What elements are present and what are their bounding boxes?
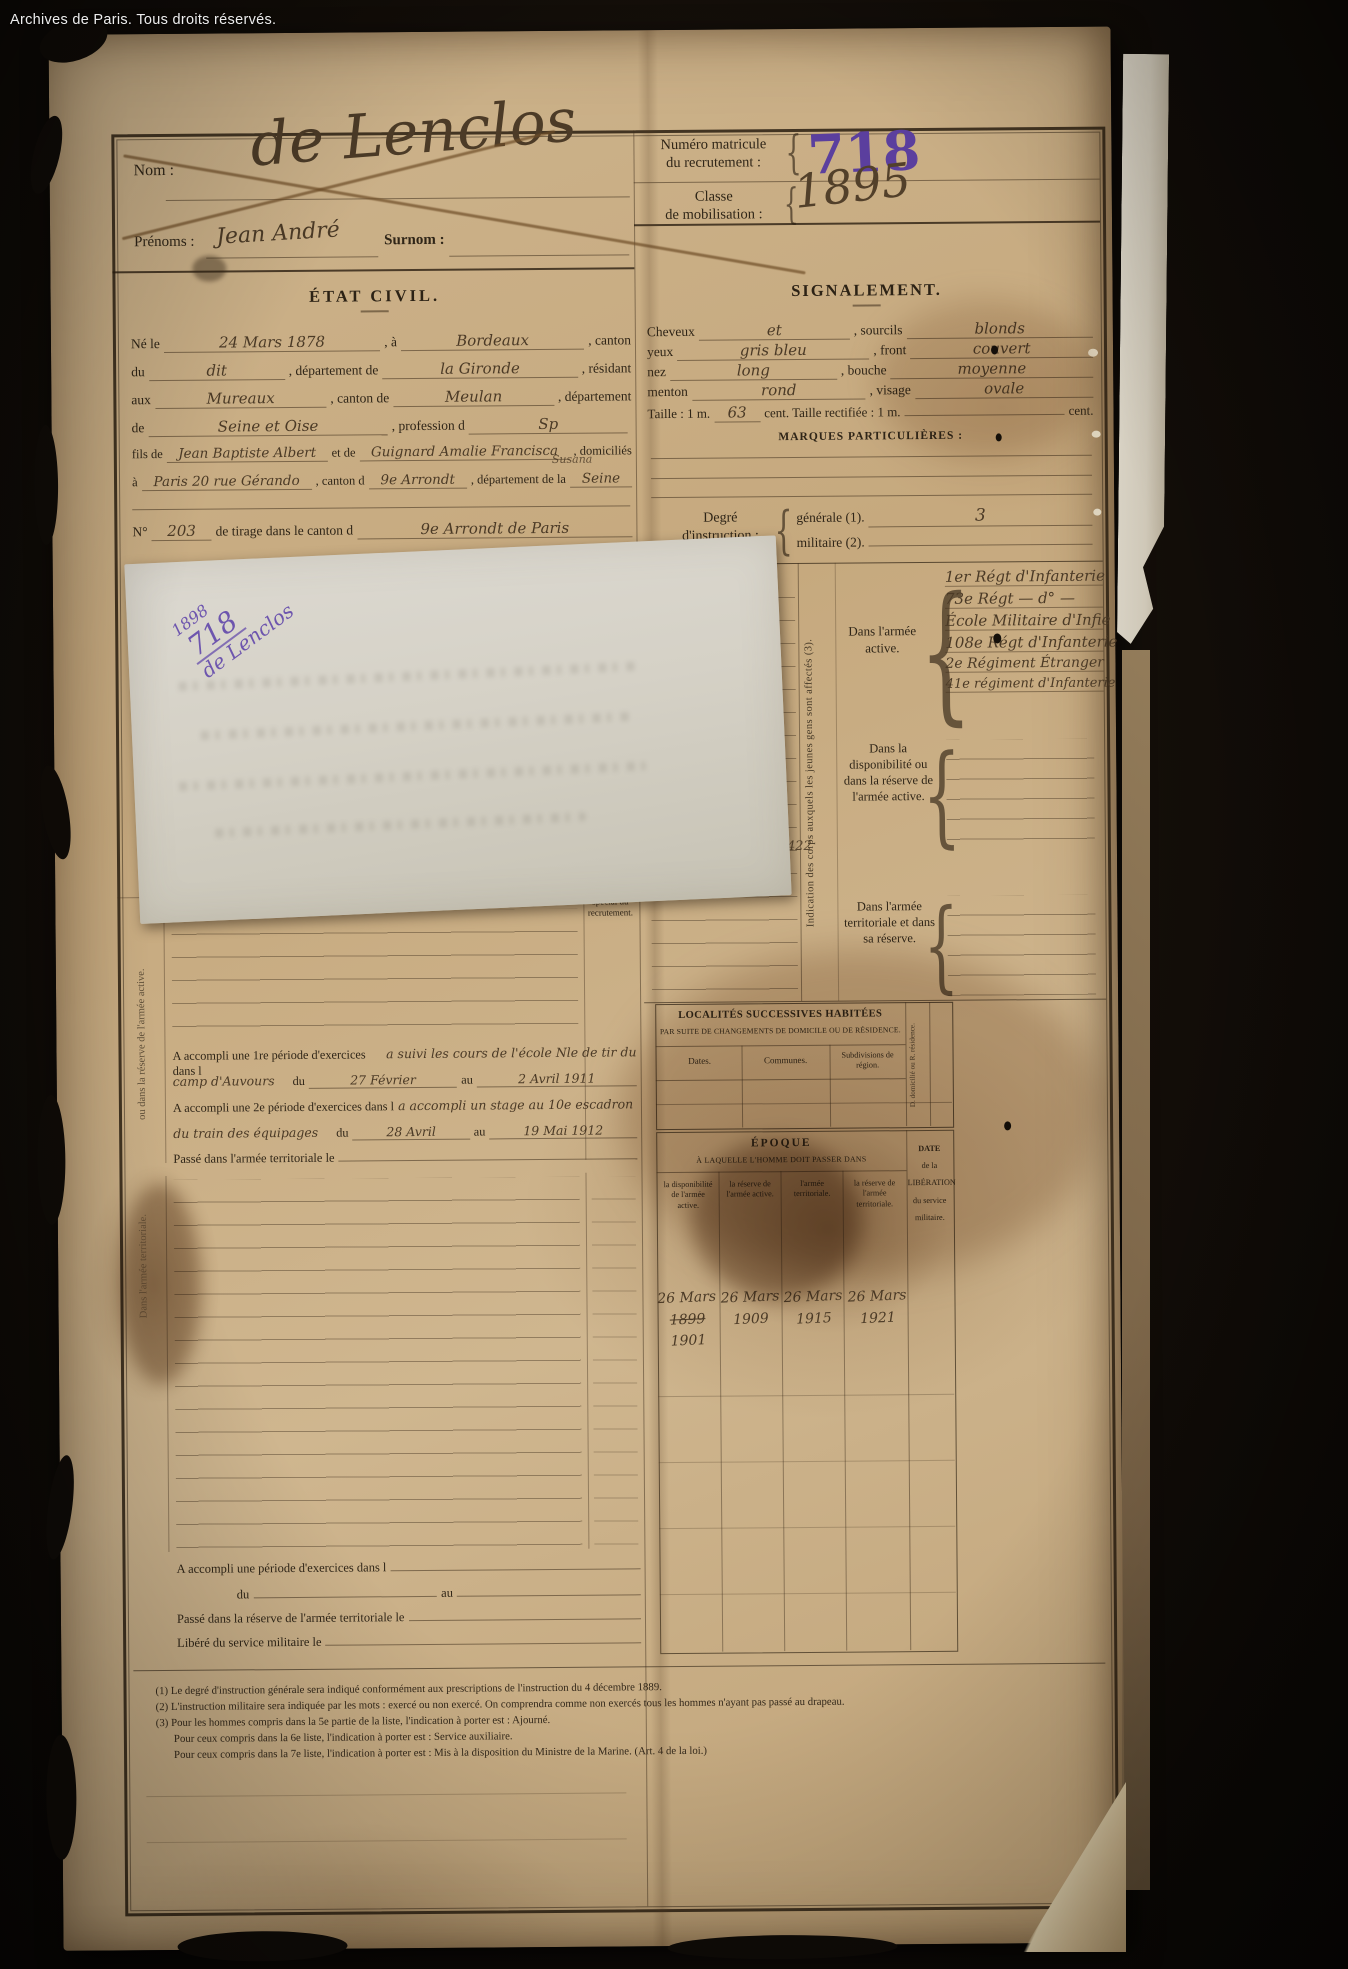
classe-label-line2: de mobilisation : bbox=[644, 205, 784, 224]
localites-col-subdivisions: Subdivisions de région. bbox=[831, 1050, 905, 1071]
service-block2-rules bbox=[174, 1177, 583, 1550]
page-block-edge bbox=[1122, 650, 1150, 1890]
disponibilite-rules bbox=[946, 739, 1095, 842]
worm-hole bbox=[991, 345, 998, 354]
signalement-row-yeux: yeuxgris bleu, frontcouvert bbox=[647, 339, 1093, 362]
ink-smudge bbox=[192, 255, 226, 281]
epoque-col-header-2: la réserve de l'armée active. bbox=[722, 1179, 779, 1200]
scanned-register-page: Archives de Paris. Tous droits réservés.… bbox=[0, 0, 1348, 1969]
regiment-entry: 1er Régt d'Infanterie bbox=[945, 567, 1103, 587]
degre-militaire-row: militaire (2). bbox=[796, 533, 1092, 551]
classe-label-line1: Classe bbox=[644, 187, 784, 206]
paper-fleck bbox=[1093, 509, 1101, 516]
paper-fleck bbox=[1092, 431, 1101, 438]
regiment-entry: École Militaire d'Infie bbox=[945, 611, 1103, 631]
epoque-date-3: 26 Mars1915 bbox=[780, 1286, 848, 1332]
localites-title: LOCALITÉS SUCCESSIVES HABITÉES bbox=[657, 1008, 903, 1021]
degre-generale-row: générale (1).3 bbox=[796, 505, 1092, 528]
localites-col-dates: Dates. bbox=[658, 1055, 742, 1067]
epoque-date-2: 26 Mars1909 bbox=[717, 1286, 785, 1332]
worm-hole bbox=[1004, 1121, 1011, 1130]
paper-fleck bbox=[1088, 349, 1098, 357]
signalement-title: SIGNALEMENT. bbox=[746, 280, 986, 302]
service-block1-rules bbox=[171, 909, 578, 1032]
epoque-col-header-1: la disponibilité de l'armée active. bbox=[660, 1180, 717, 1211]
degre-label-line1: Degré bbox=[674, 509, 766, 528]
epoque-subtitle: À LAQUELLE L'HOMME DOIT PASSER DANS bbox=[658, 1154, 904, 1165]
tirage-line: N°203de tirage dans le canton d9e Arrond… bbox=[132, 518, 632, 541]
prenoms-label: Prénoms : bbox=[134, 234, 195, 251]
civil-line-2: dudit, département dela Gironde, résidan… bbox=[131, 358, 631, 381]
matricule-label-line2: du recrutement : bbox=[643, 153, 783, 172]
paper-note-purple: 1898 718 de Lenclos bbox=[169, 562, 298, 682]
armee-active-label: Dans l'armée active. bbox=[839, 622, 925, 657]
worm-hole bbox=[996, 433, 1002, 441]
epoque-date-4: 26 Mars1921 bbox=[844, 1285, 912, 1331]
regiment-entry: 108e Régt d'Infanterie bbox=[945, 633, 1103, 653]
signalement-row-menton: mentonrond, visageovale bbox=[647, 379, 1093, 402]
etat-civil-title: ÉTAT CIVIL. bbox=[235, 285, 515, 307]
epoque-col-header-3: l'armée territoriale. bbox=[784, 1179, 841, 1200]
degre-brace: { bbox=[774, 505, 793, 557]
localites-col-communes: Communes. bbox=[743, 1055, 829, 1067]
localites-subtitle: PAR SUITE DE CHANGEMENTS DE DOMICILE OU … bbox=[657, 1025, 903, 1036]
matricule-label-line1: Numéro matricule bbox=[643, 135, 783, 154]
handwriting-fragment: 422 bbox=[787, 839, 812, 854]
epoque-title: ÉPOQUE bbox=[658, 1136, 904, 1150]
territoriale-vertical-label: Dans l'armée territoriale. bbox=[137, 1176, 149, 1356]
pasted-paper-slip: 1898 718 de Lenclos bbox=[124, 535, 791, 924]
civil-line-3: auxMureaux, canton deMeulan, département bbox=[131, 386, 631, 409]
civil-line-1: Né le24 Mars 1878, àBordeaux, canton bbox=[131, 330, 631, 353]
regiment-entry: 41e régiment d'Infanterie bbox=[946, 676, 1104, 693]
special-col-header-line2: recrutement. bbox=[583, 907, 637, 918]
special-col-rules bbox=[592, 1176, 639, 1546]
worm-hole bbox=[993, 633, 1001, 643]
signalement-row-cheveux: Cheveuxet, sourcilsblonds bbox=[647, 319, 1093, 342]
reserve-active-vertical-label: ou dans la réserve de l'armée active. bbox=[136, 932, 149, 1156]
regiment-entry: 73e Régt — d° — bbox=[945, 589, 1103, 609]
epoque-col-header-4: la réserve de l'armée territoriale. bbox=[845, 1178, 905, 1209]
signalement-row-taille: Taille : 1 m.63cent. Taille rectifiée : … bbox=[647, 401, 1093, 424]
archive-watermark: Archives de Paris. Tous droits réservés. bbox=[10, 12, 276, 28]
civil-line-4: deSeine et Oise, profession dSp bbox=[132, 414, 632, 437]
regiment-entry: 2e Régiment Étranger bbox=[945, 655, 1103, 673]
signalement-row-nez: nezlong, bouchemoyenne bbox=[647, 359, 1093, 382]
surnom-label: Surnom : bbox=[384, 232, 445, 249]
inserted-word: Susana bbox=[552, 453, 593, 466]
territoriale-rules bbox=[947, 895, 1096, 996]
localites-dr-vertical-label: D. domicilié ou R. résidence. bbox=[908, 1006, 917, 1124]
epoque-date-col-label: DATE de la LIBÉRATION du service militai… bbox=[907, 1140, 952, 1226]
